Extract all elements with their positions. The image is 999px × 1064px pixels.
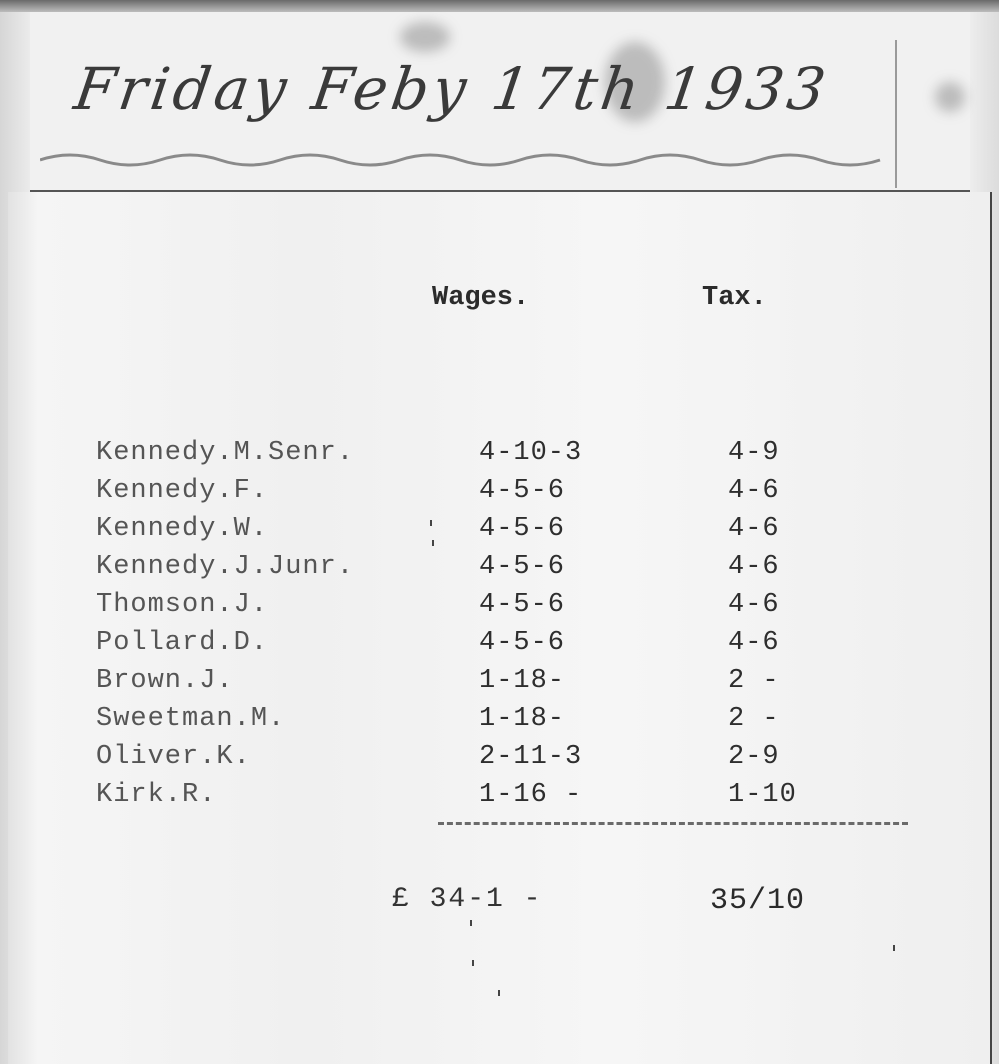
tax-amount: 2-9 — [728, 742, 780, 772]
employee-name: Kennedy.W. — [96, 514, 268, 544]
wage-amount: 4-5-6 — [479, 628, 565, 658]
table-row: Kennedy.W. 4-5-6 4-6 — [96, 514, 856, 552]
tax-amount: 4-9 — [728, 438, 780, 468]
table-row: Thomson.J. 4-5-6 4-6 — [96, 590, 856, 628]
tax-amount: 4-6 — [728, 552, 780, 582]
table-row: Kennedy.M.Senr. 4-10-3 4-9 — [96, 438, 856, 476]
wage-amount: 4-5-6 — [479, 590, 565, 620]
wage-amount: 1-18- — [479, 704, 565, 734]
handwritten-date: Friday Feby 17th 1933 — [70, 55, 833, 123]
totals-rule — [438, 822, 908, 825]
tax-amount: 4-6 — [728, 476, 780, 506]
ledger-page: Friday Feby 17th 1933 Wages. Tax. Kenned… — [0, 0, 999, 1064]
total-wages: £ 34-1 - — [392, 884, 542, 915]
wage-amount: 4-5-6 — [479, 552, 565, 582]
total-tax: 35/10 — [710, 884, 805, 918]
wage-amount: 1-18- — [479, 666, 565, 696]
employee-name: Oliver.K. — [96, 742, 251, 772]
top-edge — [0, 0, 999, 12]
tax-amount: 1-10 — [728, 780, 797, 810]
table-row: Kirk.R. 1-16 - 1-10 — [96, 780, 856, 818]
employee-name: Brown.J. — [96, 666, 234, 696]
employee-name: Pollard.D. — [96, 628, 268, 658]
table-row: Pollard.D. 4-5-6 4-6 — [96, 628, 856, 666]
tax-amount: 4-6 — [728, 514, 780, 544]
column-header-wages: Wages. — [432, 283, 529, 313]
table-row: Kennedy.F. 4-5-6 4-6 — [96, 476, 856, 514]
wage-amount: 2-11-3 — [479, 742, 582, 772]
tax-amount: 4-6 — [728, 590, 780, 620]
table-row: Brown.J. 1-18- 2 - — [96, 666, 856, 704]
table-row: Oliver.K. 2-11-3 2-9 — [96, 742, 856, 780]
employee-name: Kennedy.J.Junr. — [96, 552, 354, 582]
employee-name: Thomson.J. — [96, 590, 268, 620]
employee-name: Kennedy.F. — [96, 476, 268, 506]
table-row: Sweetman.M. 1-18- 2 - — [96, 704, 856, 742]
wage-amount: 4-5-6 — [479, 476, 565, 506]
wage-amount: 4-5-6 — [479, 514, 565, 544]
tax-amount: 2 - — [728, 666, 780, 696]
employee-name: Kennedy.M.Senr. — [96, 438, 354, 468]
wavy-underline — [40, 150, 900, 170]
table-row: Kennedy.J.Junr. 4-5-6 4-6 — [96, 552, 856, 590]
employee-name: Kirk.R. — [96, 780, 216, 810]
wage-amount: 1-16 - — [479, 780, 582, 810]
column-header-tax: Tax. — [702, 283, 767, 313]
tax-amount: 2 - — [728, 704, 780, 734]
wage-amount: 4-10-3 — [479, 438, 582, 468]
tax-amount: 4-6 — [728, 628, 780, 658]
employee-name: Sweetman.M. — [96, 704, 285, 734]
